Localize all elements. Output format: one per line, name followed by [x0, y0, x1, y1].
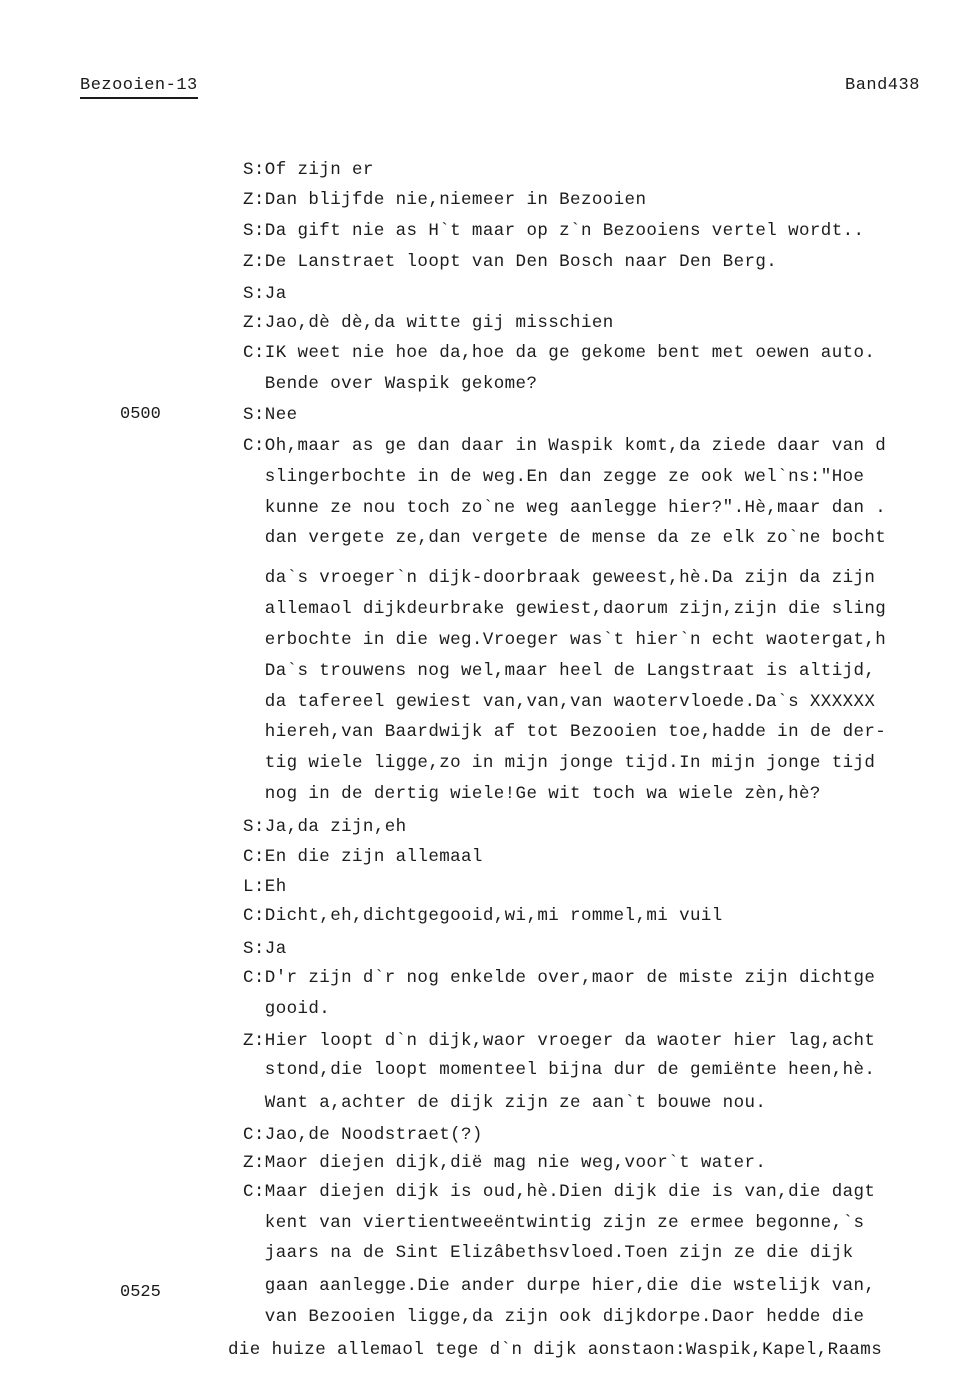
transcript-line: dan vergete ze,dan vergete de mense da z…: [243, 528, 886, 548]
transcript-line: S:Ja: [243, 284, 287, 304]
transcript-line: allemaol dijkdeurbrake gewiest,daorum zi…: [243, 599, 886, 619]
transcript-line: Z:De Lanstraet loopt van Den Bosch naar …: [243, 252, 777, 272]
transcript-line: S:Ja,da zijn,eh: [243, 817, 407, 837]
transcript-line: Z:Maor diejen dijk,dië mag nie weg,voor`…: [243, 1153, 766, 1173]
transcript-line: S:Nee: [243, 405, 298, 425]
transcript-line: gaan aanlegge.Die ander durpe hier,die d…: [243, 1276, 875, 1296]
transcript-line: C:D'r zijn d`r nog enkelde over,maor de …: [243, 968, 875, 988]
transcript-line: C:Jao,de Noodstraet(?): [243, 1125, 483, 1145]
transcript-line: hiereh,van Baardwijk af tot Bezooien toe…: [243, 722, 886, 742]
transcript-line: stond,die loopt momenteel bijna dur de g…: [243, 1060, 875, 1080]
transcript-line: C:IK weet nie hoe da,hoe da ge gekome be…: [243, 343, 875, 363]
transcript-line: Want a,achter de dijk zijn ze aan`t bouw…: [243, 1093, 766, 1113]
document-reference: Bezooien-13: [80, 76, 198, 99]
transcript-line: die huize allemaol tege d`n dijk aonstao…: [228, 1340, 882, 1360]
transcript-line: C:Maar diejen dijk is oud,hè.Dien dijk d…: [243, 1182, 875, 1202]
transcript-line: L:Eh: [243, 877, 287, 897]
transcript-line: van Bezooien ligge,da zijn ook dijkdorpe…: [243, 1307, 864, 1327]
transcript-line: S:Of zijn er: [243, 160, 374, 180]
transcript-line: nog in de dertig wiele!Ge wit toch wa wi…: [243, 784, 821, 804]
transcript-line: da tafereel gewiest van,van,van waotervl…: [243, 692, 875, 712]
tape-number: Band438: [845, 76, 920, 95]
transcript-line: Da`s trouwens nog wel,maar heel de Langs…: [243, 661, 875, 681]
transcript-line: Z:Dan blijfde nie,niemeer in Bezooien: [243, 190, 646, 210]
transcript-line: Z:Hier loopt d`n dijk,waor vroeger da wa…: [243, 1031, 875, 1051]
document-page: Bezooien-13 Band438 0500 0525 S:Of zijn …: [0, 0, 973, 1398]
transcript-line: kunne ze nou toch zo`ne weg aanlegge hie…: [243, 498, 886, 518]
timecode-marker: 0525: [120, 1283, 161, 1302]
transcript-line: S:Ja: [243, 939, 287, 959]
transcript-line: C:Oh,maar as ge dan daar in Waspik komt,…: [243, 436, 886, 456]
transcript-line: jaars na de Sint Elizâbethsvloed.Toen zi…: [243, 1243, 854, 1263]
transcript-line: Z:Jao,dè dè,da witte gij misschien: [243, 313, 614, 333]
timecode-marker: 0500: [120, 405, 161, 424]
transcript-line: S:Da gift nie as H`t maar op z`n Bezooie…: [243, 221, 864, 241]
transcript-line: erbochte in die weg.Vroeger was`t hier`n…: [243, 630, 886, 650]
transcript-line: slingerbochte in de weg.En dan zegge ze …: [243, 467, 864, 487]
transcript-line: Bende over Waspik gekome?: [243, 374, 537, 394]
transcript-line: C:Dicht,eh,dichtgegooid,wi,mi rommel,mi …: [243, 906, 723, 926]
transcript-line: tig wiele ligge,zo in mijn jonge tijd.In…: [243, 753, 875, 773]
transcript-line: da`s vroeger`n dijk-doorbraak geweest,hè…: [243, 568, 875, 588]
transcript-line: kent van viertientweeëntwintig zijn ze e…: [243, 1213, 864, 1233]
transcript-line: C:En die zijn allemaal: [243, 847, 483, 867]
transcript-line: gooid.: [243, 999, 330, 1019]
